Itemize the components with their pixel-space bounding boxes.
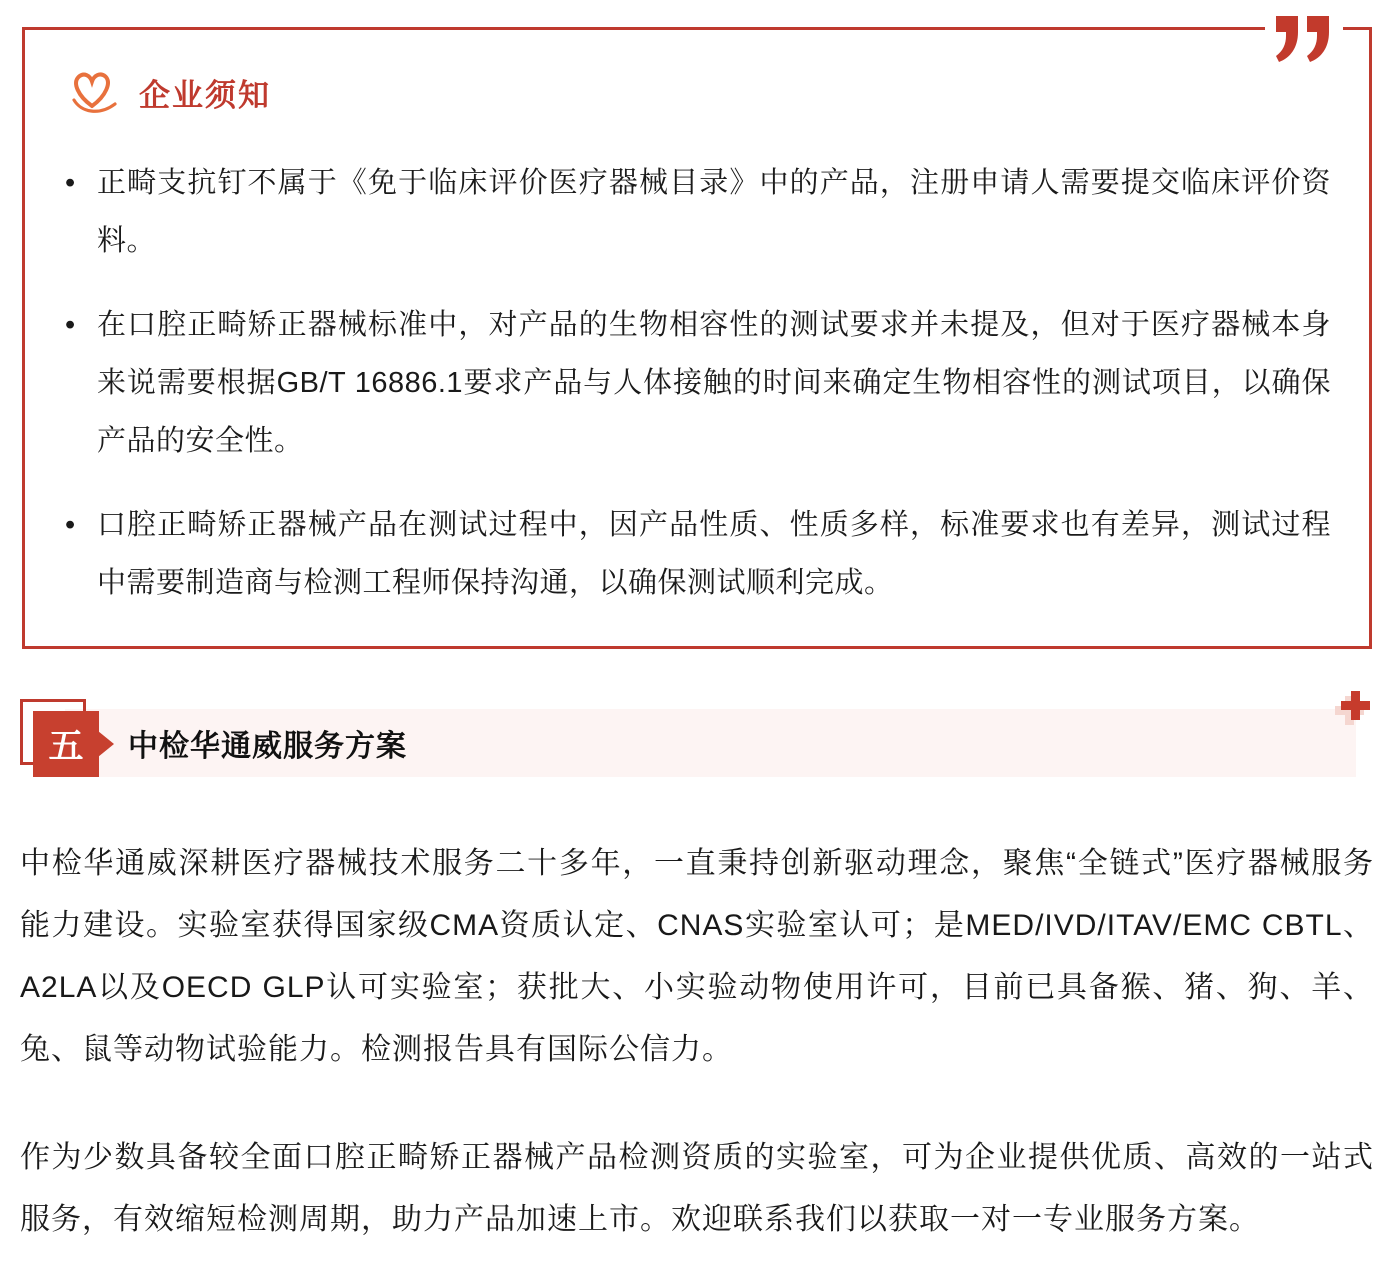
notice-header: 企业须知: [65, 64, 1331, 120]
body-paragraph: 作为少数具备较全面口腔正畸矫正器械产品检测资质的实验室，可为企业提供优质、高效的…: [20, 1127, 1374, 1251]
notice-bullet-item: 正畸支抗钉不属于《免于临床评价医疗器械目录》中的产品，注册申请人需要提交临床评价…: [97, 154, 1331, 270]
section-title: 中检华通威服务方案: [128, 709, 407, 777]
closing-double-quote-icon: [1265, 16, 1343, 62]
notice-title: 企业须知: [139, 70, 271, 115]
enterprise-notice-box: 企业须知 正畸支抗钉不属于《免于临床评价医疗器械目录》中的产品，注册申请人需要提…: [22, 27, 1372, 649]
body-paragraph: 中检华通威深耕医疗器械技术服务二十多年，一直秉持创新驱动理念，聚焦“全链式”医疗…: [20, 833, 1374, 1081]
section-number: 五: [48, 719, 83, 769]
right-arrow-icon: [98, 731, 114, 757]
notice-bullet-list: 正畸支抗钉不属于《免于临床评价医疗器械目录》中的产品，注册申请人需要提交临床评价…: [63, 154, 1331, 612]
section-number-badge: 五: [33, 711, 99, 777]
plus-icon: [1334, 689, 1374, 729]
heart-outline-icon: [65, 64, 119, 120]
notice-bullet-item: 在口腔正畸矫正器械标准中，对产品的生物相容性的测试要求并未提及，但对于医疗器械本…: [97, 296, 1331, 470]
notice-bullet-item: 口腔正畸矫正器械产品在测试过程中，因产品性质、性质多样，标准要求也有差异，测试过…: [97, 496, 1331, 612]
section-header-five: 五 中检华通威服务方案: [20, 697, 1374, 787]
